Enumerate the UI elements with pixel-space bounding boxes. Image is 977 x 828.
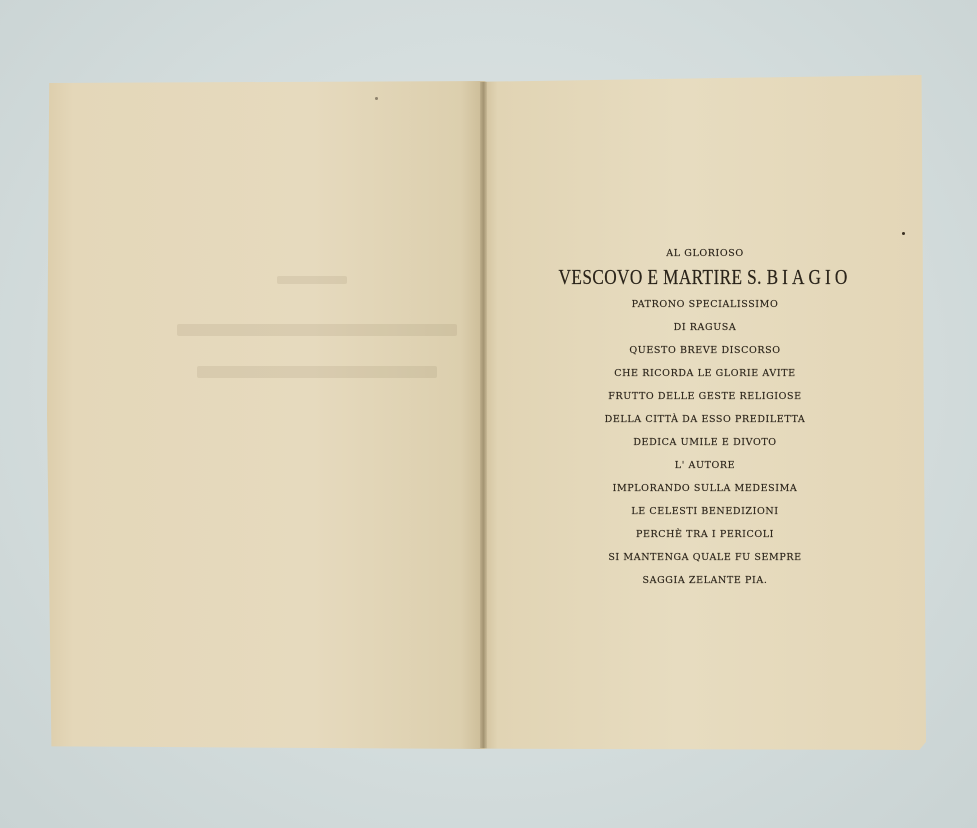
dedication-line: SI MANTENGA QUALE FU SEMPRE [520, 546, 890, 569]
dedication-line: IMPLORANDO SULLA MEDESIMA [520, 477, 890, 500]
dedication-line: DELLA CITTÀ DA ESSO PREDILETTA [520, 408, 890, 431]
paper-speck [375, 97, 378, 100]
dedication-line: FRUTTO DELLE GESTE RELIGIOSE [520, 385, 890, 408]
dedication-text: AL GLORIOSO VESCOVO E MARTIRE S. BIAGIO … [520, 242, 890, 592]
left-page [47, 81, 487, 749]
show-through-text [157, 266, 477, 426]
book-spine [480, 82, 487, 748]
dedication-line: LE CELESTI BENEDIZIONI [520, 500, 890, 523]
dedication-line: DI RAGUSA [520, 316, 890, 339]
dedication-title: VESCOVO E MARTIRE S. BIAGIO [553, 262, 856, 293]
dedication-line: PERCHÈ TRA I PERICOLI [520, 523, 890, 546]
open-booklet: AL GLORIOSO VESCOVO E MARTIRE S. BIAGIO … [0, 0, 977, 828]
title-main: VESCOVO E MARTIRE S. [559, 265, 762, 289]
dedication-line: QUESTO BREVE DISCORSO [520, 339, 890, 362]
paper-speck [902, 232, 905, 235]
title-name: BIAGIO [767, 265, 852, 289]
dedication-line: DEDICA UMILE E DIVOTO [520, 431, 890, 454]
dedication-line: PATRONO SPECIALISSIMO [520, 293, 890, 316]
dedication-line: CHE RICORDA LE GLORIE AVITE [520, 362, 890, 385]
dedication-line: SAGGIA ZELANTE PIA. [520, 569, 890, 592]
dedication-line: L' AUTORE [520, 454, 890, 477]
